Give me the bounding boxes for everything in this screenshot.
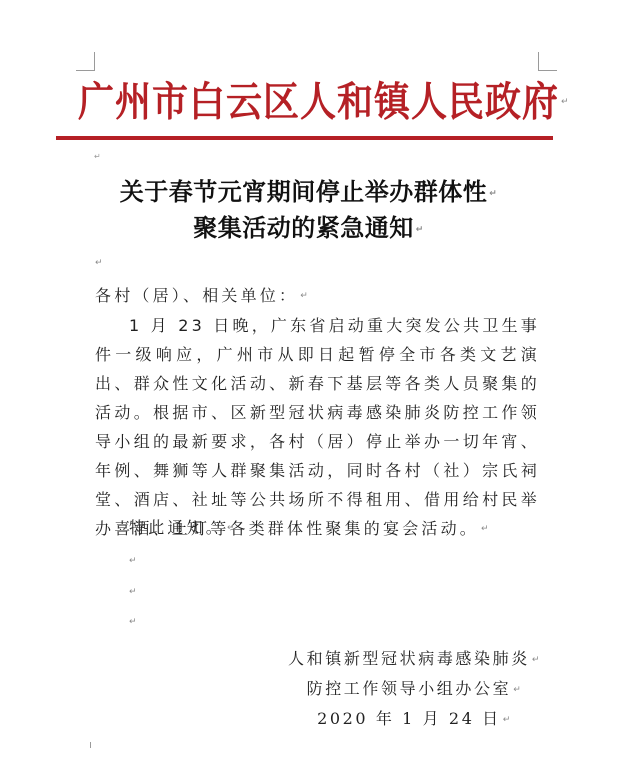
paragraph-mark-icon: ↵ — [95, 258, 103, 268]
signature-line-1: 人和镇新型冠状病毒感染肺炎↵ — [270, 646, 560, 669]
paragraph-mark-icon: ↵ — [532, 655, 542, 665]
paragraph-mark-icon: ↵ — [129, 556, 137, 566]
notice-body-text: 1 月 23 日晚，广东省启动重大突发公共卫生事件一级响应，广州市从即日起暂停全… — [95, 316, 540, 538]
paragraph-mark-icon: ↵ — [227, 523, 238, 533]
signature-date: 2020 年 1 月 24 日↵ — [270, 706, 560, 729]
paragraph-mark-icon: ↵ — [94, 152, 101, 161]
closing-line: 特此通知。↵ — [129, 513, 429, 543]
signature-date-text: 2020 年 1 月 24 日 — [317, 709, 501, 728]
notice-title-text: 关于春节元宵期间停止举办群体性 — [120, 177, 488, 206]
masthead: 广州市白云区人和镇人民政府 ↵ — [78, 78, 548, 126]
signature-line-2: 防控工作领导小组办公室↵ — [270, 676, 560, 699]
paragraph-mark-icon: ↵ — [129, 617, 137, 627]
notice-title-line-2: 聚集活动的紧急通知↵ — [0, 208, 617, 243]
paragraph-mark-icon: ↵ — [561, 97, 569, 107]
signature-org-text: 人和镇新型冠状病毒感染肺炎 — [288, 649, 530, 668]
masthead-title: 广州市白云区人和镇人民政府 — [78, 75, 559, 129]
notice-title-text: 聚集活动的紧急通知 — [193, 213, 414, 242]
salutation-text: 各村（居）、相关单位： — [95, 286, 298, 305]
page-corner-mark-top-right — [538, 52, 557, 71]
page-corner-mark-bottom-left — [76, 742, 91, 748]
paragraph-mark-icon: ↵ — [300, 291, 311, 301]
notice-body-paragraph: 1 月 23 日晚，广东省启动重大突发公共卫生事件一级响应，广州市从即日起暂停全… — [95, 311, 540, 544]
paragraph-mark-icon: ↵ — [503, 715, 513, 725]
paragraph-mark-icon: ↵ — [481, 524, 492, 534]
notice-title-line-1: 关于春节元宵期间停止举办群体性↵ — [0, 172, 617, 207]
paragraph-mark-icon: ↵ — [416, 225, 424, 235]
page-corner-mark-top-left — [76, 52, 95, 71]
closing-text: 特此通知。 — [129, 518, 225, 537]
paragraph-mark-icon: ↵ — [489, 189, 497, 199]
paragraph-mark-icon: ↵ — [129, 587, 137, 597]
red-divider-rule — [56, 136, 553, 140]
salutation: 各村（居）、相关单位：↵ — [95, 281, 540, 311]
signature-office-text: 防控工作领导小组办公室 — [307, 679, 512, 698]
paragraph-mark-icon: ↵ — [513, 685, 523, 695]
